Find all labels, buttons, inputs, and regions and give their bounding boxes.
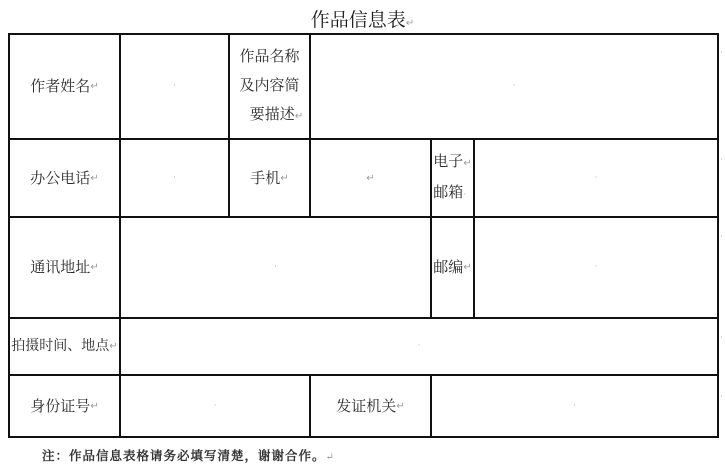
row-end-mark-icon: ·: [720, 333, 723, 343]
cell-end-mark-icon: ·: [214, 392, 217, 421]
paragraph-mark-icon: ↵: [90, 392, 98, 421]
row-end-mark-icon: ·: [720, 232, 723, 242]
paragraph-mark-icon: ↵: [90, 253, 98, 282]
work-title-description-field[interactable]: ·: [311, 35, 717, 138]
shoot-time-place-field[interactable]: ·: [121, 319, 717, 374]
paragraph-mark-icon: ↵: [463, 253, 471, 282]
paragraph-mark-icon: ↵: [366, 164, 374, 193]
label-email: 电子↵ 邮箱·: [432, 140, 473, 216]
row-end-mark-icon: ·: [720, 392, 723, 402]
label-mobile: 手机↵: [230, 140, 309, 216]
cell-end-mark-icon: ·: [173, 72, 176, 101]
cell-end-mark-icon: ·: [595, 253, 598, 282]
footer-note: 注：作品信息表格请务必填写清楚，谢谢合作。↵: [42, 446, 335, 464]
label-office-phone: 办公电话↵: [10, 140, 119, 216]
row-end-mark-icon: ·: [720, 48, 723, 58]
paragraph-mark-icon: ↵: [463, 158, 471, 169]
label-address: 通讯地址↵: [10, 218, 119, 317]
cell-end-mark-icon: ·: [173, 164, 176, 193]
postcode-field[interactable]: ·: [475, 218, 717, 317]
author-name-field[interactable]: ·: [121, 35, 228, 138]
cell-end-mark-icon: ·: [513, 72, 516, 101]
id-number-field[interactable]: ·: [121, 376, 309, 436]
paragraph-mark-icon: ↵: [295, 111, 303, 122]
paragraph-mark-icon: ↵: [396, 392, 404, 421]
label-author-name: 作者姓名↵: [10, 35, 119, 138]
issuing-authority-field[interactable]: ·: [432, 376, 717, 436]
paragraph-mark-icon: ↵: [90, 72, 98, 101]
table-border-bottom: [8, 436, 719, 438]
table-border-right: [717, 33, 719, 438]
email-field[interactable]: ·: [475, 140, 717, 216]
address-field[interactable]: ·: [121, 218, 430, 317]
office-phone-field[interactable]: ·: [121, 140, 228, 216]
row-end-mark-icon: ·: [720, 155, 723, 165]
cell-end-mark-icon: ·: [463, 190, 466, 200]
cell-end-mark-icon: ·: [573, 392, 576, 421]
info-form-table: 作者姓名↵ · 作品名称 及内容简 要描述↵ · 办公电话↵ · 手机↵ ↵ 电…: [0, 0, 725, 472]
paragraph-mark-icon: ↵: [280, 164, 288, 193]
paragraph-mark-icon: ↵: [326, 452, 335, 463]
label-shoot-time-place: 拍摄时间、地点↵: [10, 319, 119, 374]
cell-end-mark-icon: ·: [595, 164, 598, 193]
label-id-number: 身份证号↵: [10, 376, 119, 436]
cell-end-mark-icon: ·: [274, 253, 277, 282]
label-work-title-description: 作品名称 及内容简 要描述↵: [230, 35, 309, 138]
cell-end-mark-icon: ·: [418, 332, 421, 361]
label-issuing-authority: 发证机关↵: [311, 376, 430, 436]
paragraph-mark-icon: ↵: [90, 164, 98, 193]
mobile-field[interactable]: ↵: [311, 140, 430, 216]
paragraph-mark-icon: ↵: [109, 332, 117, 361]
label-postcode: 邮编↵: [432, 218, 473, 317]
